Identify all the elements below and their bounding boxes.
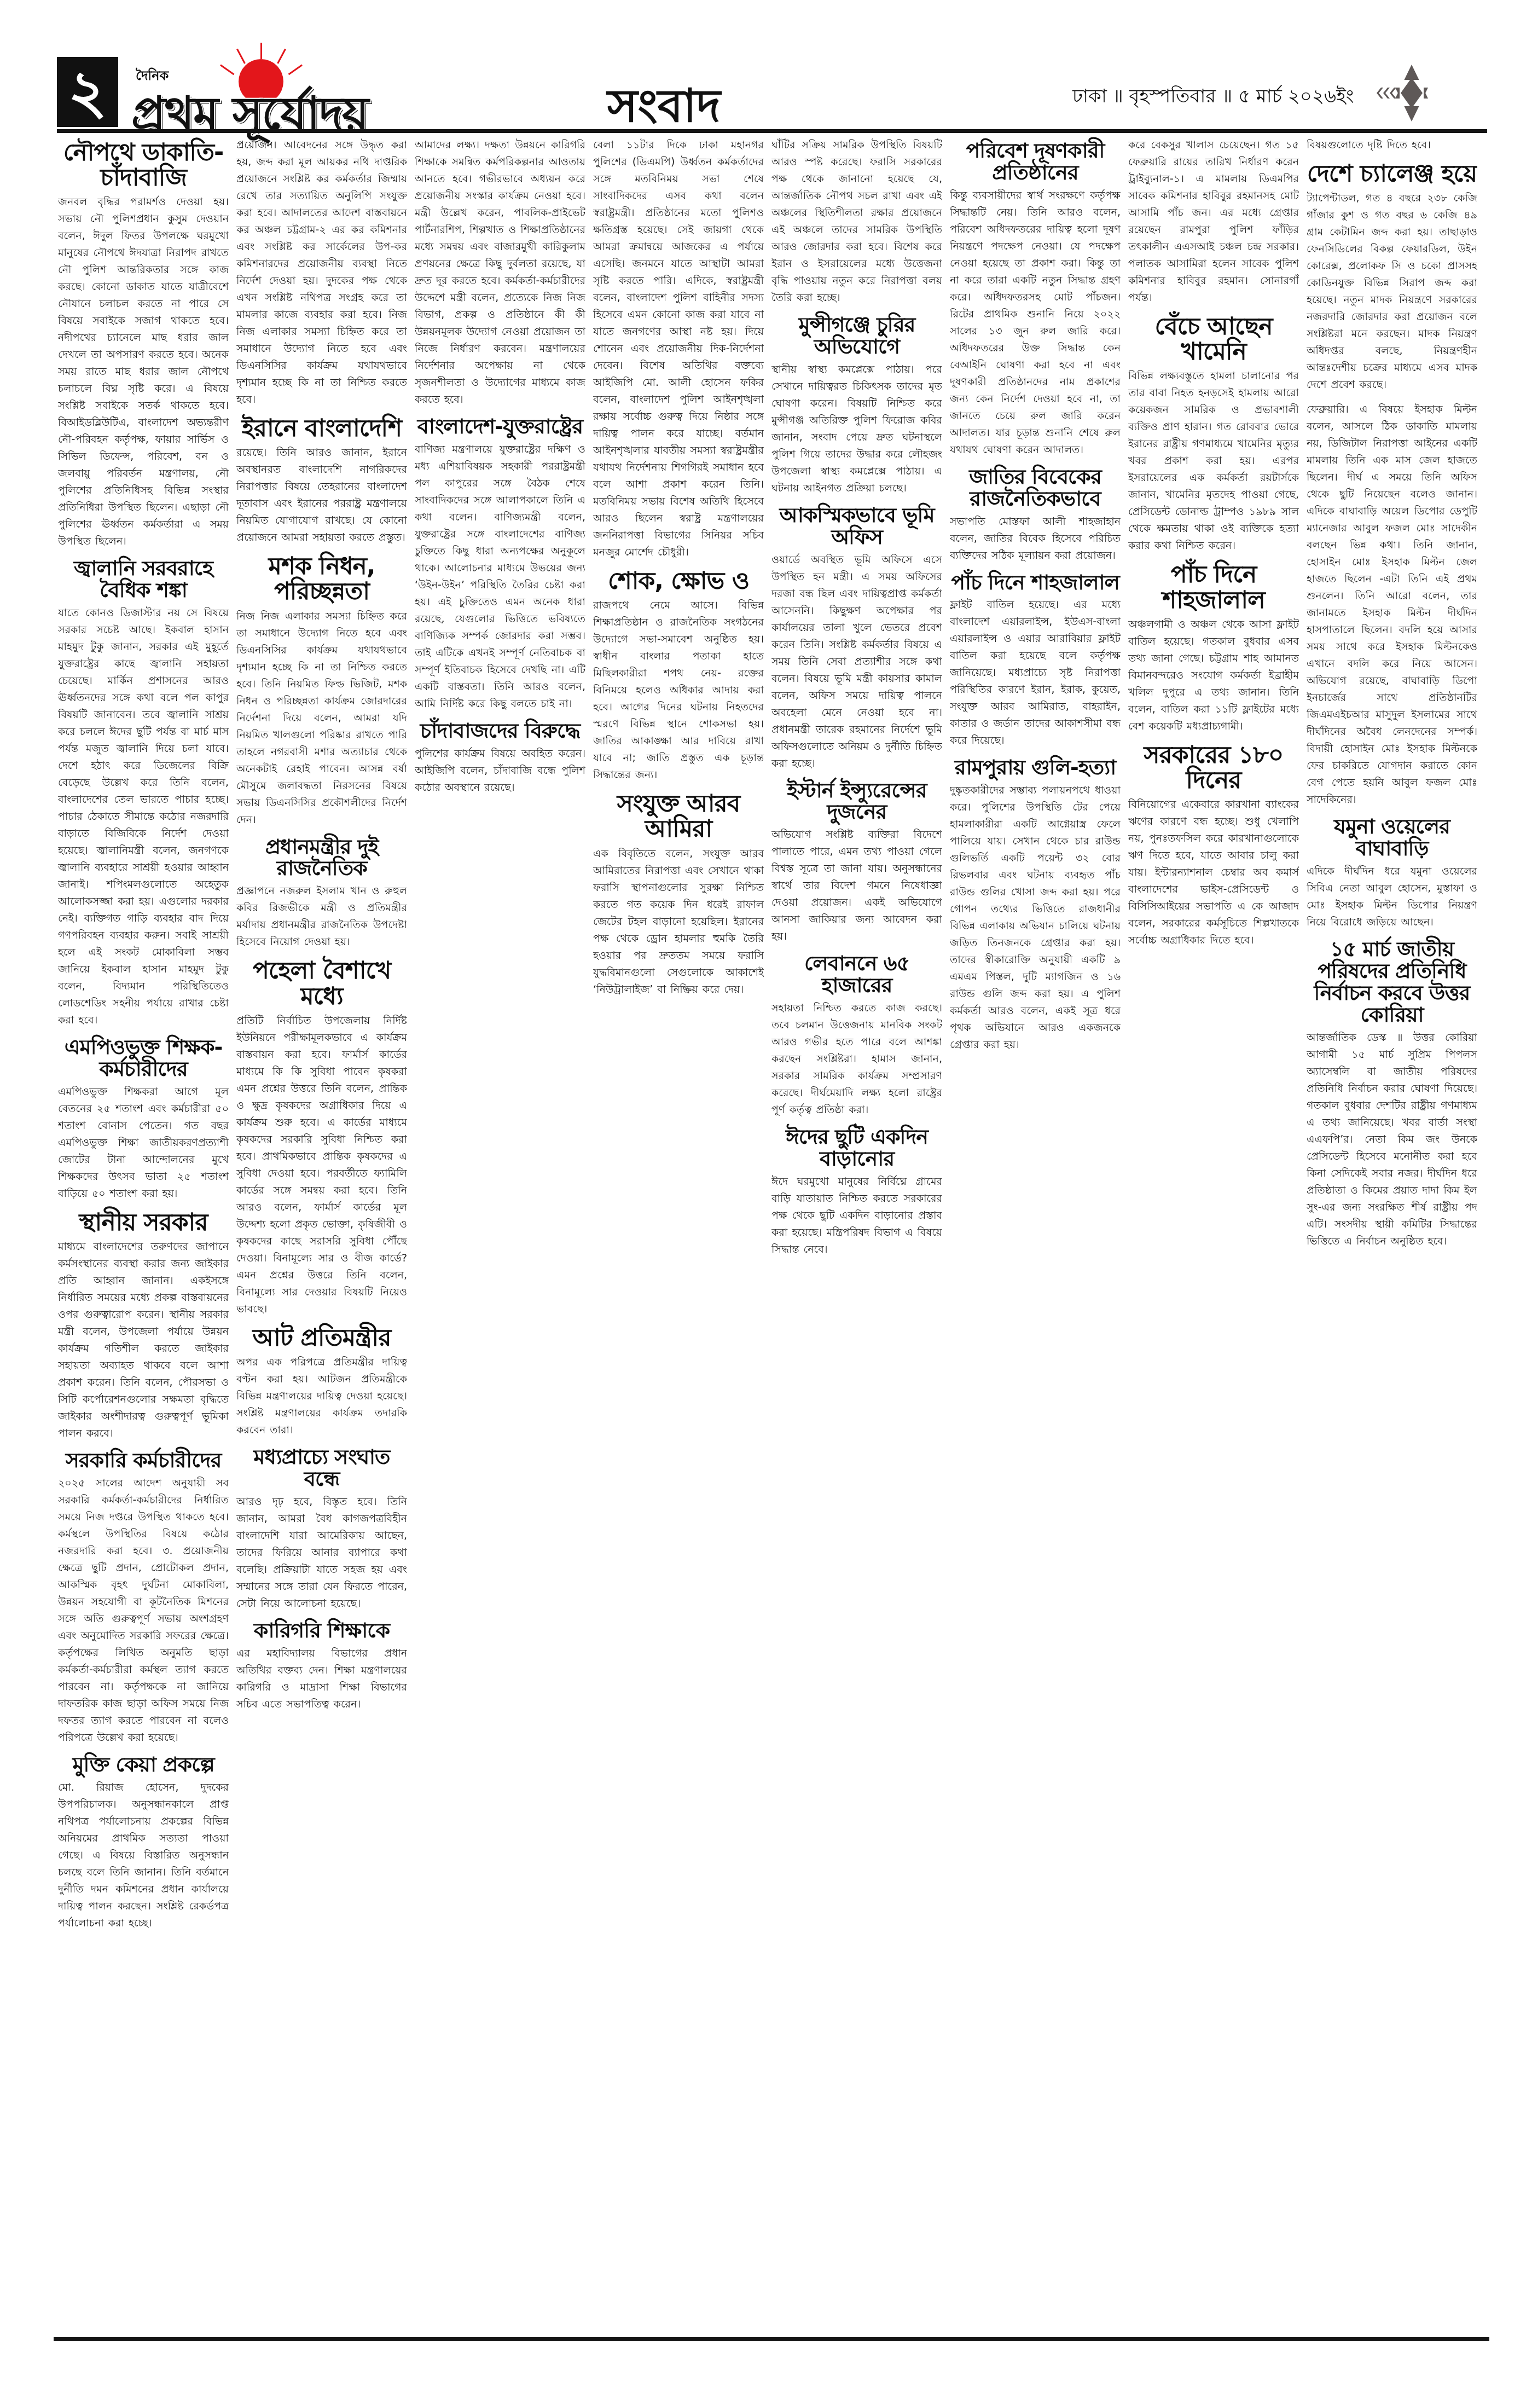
news-article: পাঁচ দিনে শাহজালালঅঞ্চলগামী ও অঞ্চল থেকে… [1128,562,1299,734]
article-headline: পরিবেশ দূষণকারী প্রতিষ্ঠানের [950,140,1121,184]
article-body: এমপিওভুক্ত শিক্ষকরা আগে মূল বেতনের ২৫ শত… [58,1084,229,1202]
article-headline: নৌপথে ডাকাতি-চাঁদাবাজি [58,140,229,190]
star-emblem-icon [1373,60,1434,126]
article-body: নিজ নিজ এলাকার সমস্যা চিহ্নিত করে তা সমা… [236,608,407,829]
article-headline: এমপিওভুক্ত শিক্ষক-কর্মচারীদের [58,1037,229,1080]
article-body: প্রজ্ঞাপনে নজরুল ইসলাম খান ও রুহুল কবির … [236,883,407,951]
news-article: পহেলা বৈশাখে মধ্যেপ্রতিটি নির্বাচিত উপজে… [236,958,407,1317]
news-article: যমুনা ওয়েলের বাঘাবাড়িএদিকে দীর্ঘদিন ধর… [1307,816,1477,931]
article-headline: মধ্যপ্রাচ্যে সংঘাত বন্ধে [236,1446,407,1490]
article-body: এর মহাবিদ্যালয় বিভাগের প্রধান অতিথির বক… [236,1645,407,1713]
news-article: মুন্সীগঞ্জে চুরির অভিযোগেস্থানীয় স্বাস্… [771,314,942,497]
article-body: বিভিন্ন লক্ষ্যবস্তুতে হামলা চালানোর পর ত… [1128,368,1299,554]
news-article: মুক্তি কেয়া প্রকল্পেমো. রিয়াজ হোসেন, দ… [58,1754,229,1932]
column-1: নৌপথে ডাকাতি-চাঁদাবাজিজনবল বৃদ্ধির পরামর… [58,137,229,2331]
news-article: নৌপথে ডাকাতি-চাঁদাবাজিজনবল বৃদ্ধির পরামর… [58,140,229,550]
article-body: আন্তর্জাতিক ডেস্ক ॥ উত্তর কোরিয়া আগামী … [1307,1029,1477,1250]
article-headline: স্থানীয় সরকার [58,1210,229,1235]
article-headline: যমুনা ওয়েলের বাঘাবাড়ি [1307,816,1477,860]
column-7: করে বেকসুর খালাস চেয়েছেন। গত ১৫ ফেব্রুয… [1128,137,1299,2331]
news-article: মশক নিধন, পরিচ্ছন্নতানিজ নিজ এলাকার সমস্… [236,554,407,828]
column-6: পরিবেশ দূষণকারী প্রতিষ্ঠানেরকিন্তু ব্যবস… [950,137,1121,2331]
article-body: সহায়তা নিশ্চিত করতে কাজ করছে। তবে চলমান… [771,1000,942,1119]
article-headline: মুন্সীগঞ্জে চুরির অভিযোগে [771,314,942,358]
news-article: দেশে চ্যালেঞ্জ হয়েট্যাপেন্টাডল, গত ৪ বছ… [1307,161,1477,393]
article-headline: মশক নিধন, পরিচ্ছন্নতা [236,554,407,604]
article-body: প্রতিটি নির্বাচিত উপজেলায় নির্দিষ্ট ইউন… [236,1012,407,1318]
sun-ray-icon [277,49,286,64]
news-article: পরিবেশ দূষণকারী প্রতিষ্ঠানেরকিন্তু ব্যবস… [950,140,1121,459]
news-article: জাতির বিবেকের রাজনৈতিকভাবেসভাপতি মোস্তফা… [950,466,1121,564]
news-article: সংযুক্ত আরব আমিরাএক বিবৃতিতে বলেন, সংযুক… [593,791,764,998]
article-body: এক বিবৃতিতে বলেন, সংযুক্ত আরব আমিরাতের ন… [593,846,764,998]
newspaper-logo: দৈনিক প্রথম সূর্যোদয় [131,55,416,131]
article-headline: সরকারের ১৮০ দিনের [1128,743,1299,793]
article-body: কিন্তু ব্যবসায়ীদের স্বার্থ সংরক্ষণে কর্… [950,187,1121,459]
news-article: সরকারি কর্মচারীদের২০২৫ সালের আদেশ অনুযায… [58,1450,229,1746]
news-article: আট প্রতিমন্ত্রীরঅপর এক পরিপত্রে প্রতিমন্… [236,1325,407,1439]
sun-ray-icon [288,65,303,76]
column-4: বেলা ১১টার দিকে ঢাকা মহানগর পুলিশের (ডিএ… [593,137,764,2331]
article-body: অঞ্চলগামী ও অঞ্চল থেকে আসা ফ্লাইট বাতিল … [1128,616,1299,735]
news-article: পাঁচ দিনে শাহজালালফ্লাইট বাতিল হয়েছে। এ… [950,572,1121,750]
sun-ray-icon [260,43,262,59]
column-8: বিষয়গুলোতে দৃষ্টি দিতে হবে।দেশে চ্যালেঞ… [1307,137,1477,2331]
sun-ray-icon [220,65,234,76]
article-headline: সরকারি কর্মচারীদের [58,1450,229,1472]
article-body: সভাপতি মোস্তফা আলী শাহজাহান বলেন, জাতির … [950,513,1121,564]
column-3: আমাদের লক্ষ্য। দক্ষতা উন্নয়নে কারিগরি শ… [415,137,585,2331]
news-article: ঈদের ছুটি একদিন বাড়ানোরঈদে ঘরমুখো মানুষ… [771,1126,942,1258]
article-headline: মুক্তি কেয়া প্রকল্পে [58,1754,229,1776]
article-body: ঘাঁটির সক্রিয় সামরিক উপস্থিতি বিষয়টি আ… [771,137,942,306]
article-headline: কারিগরি শিক্ষাকে [236,1620,407,1642]
article-headline: জাতির বিবেকের রাজনৈতিকভাবে [950,466,1121,510]
article-body: আমাদের লক্ষ্য। দক্ষতা উন্নয়নে কারিগরি শ… [415,137,585,408]
article-body: মো. রিয়াজ হোসেন, দুদকের উপপরিচালক। অনুস… [58,1779,229,1932]
article-headline: ইস্টার্ন ইন্স্যুরেন্সের দুজনের [771,780,942,824]
news-article: করে বেকসুর খালাস চেয়েছেন। গত ১৫ ফেব্রুয… [1128,137,1299,306]
article-body: আরও দৃঢ় হবে, বিস্তৃত হবে। তিনি জানান, আ… [236,1494,407,1612]
article-body: ওয়ার্ডে অবস্থিত ভূমি অফিসে এসে উপস্থিত … [771,552,942,772]
article-headline: ১৫ মার্চ জাতীয় পরিষদের প্রতিনিধি নির্বা… [1307,939,1477,1026]
news-article: ইরানে বাংলাদেশিরয়েছে। তিনি আরও জানান, ই… [236,416,407,546]
article-headline: শোক, ক্ষোভ ও [593,569,764,594]
page-number: ২ [57,57,118,127]
sun-ray-icon [236,49,246,64]
article-body: অপর এক পরিপত্রে প্রতিমন্ত্রীর দায়িত্ব ব… [236,1354,407,1439]
news-article: ১৫ মার্চ জাতীয় পরিষদের প্রতিনিধি নির্বা… [1307,939,1477,1250]
article-body: ঈদে ঘরমুখো মানুষের নির্বিঘ্নে গ্রামের বা… [771,1173,942,1258]
article-headline: দেশে চ্যালেঞ্জ হয়ে [1307,161,1477,187]
article-body: ট্যাপেন্টাডল, গত ৪ বছরে ২৩৮ কেজি গাঁজার … [1307,190,1477,393]
article-body: প্রয়োজন। আবেদনের সঙ্গে উদ্ধৃত করা হয়, … [236,137,407,408]
article-headline: পহেলা বৈশাখে মধ্যে [236,958,407,1009]
article-body: করে বেকসুর খালাস চেয়েছেন। গত ১৫ ফেব্রুয… [1128,137,1299,306]
column-2: প্রয়োজন। আবেদনের সঙ্গে উদ্ধৃত করা হয়, … [236,137,407,2331]
masthead: ২ দৈনিক প্রথম সূর্যোদয় সংবাদ ঢাকা ॥ বৃহ… [0,0,1532,131]
article-body: অভিযোগ সংশ্লিষ্ট ব্যক্তিরা বিদেশে পালাতে… [771,826,942,945]
news-article: জ্বালানি সরবরাহে বৈধিক শঙ্কাযাতে কোনও ডি… [58,558,229,1029]
news-article: কারিগরি শিক্ষাকেএর মহাবিদ্যালয় বিভাগের … [236,1620,407,1713]
news-article: স্থানীয় সরকারমাধ্যমে বাংলাদেশের তরুণদের… [58,1210,229,1442]
article-body: রাজপথে নেমে আসে। বিভিন্ন শিক্ষাপ্রতিষ্ঠা… [593,597,764,784]
article-body: ফেব্রুয়ারি। এ বিষয়ে ইসহাক মিল্টন বলেন,… [1307,401,1477,808]
article-body: এদিকে দীর্ঘদিন ধরে যমুনা ওয়েলের সিবিএ ন… [1307,863,1477,931]
article-headline: জ্বালানি সরবরাহে বৈধিক শঙ্কা [58,558,229,601]
article-headline: চাঁদাবাজদের বিরুদ্ধে [415,720,585,742]
masthead-rule [57,129,1487,133]
news-article: এমপিওভুক্ত শিক্ষক-কর্মচারীদেরএমপিওভুক্ত … [58,1037,229,1202]
news-article: শোক, ক্ষোভ ওরাজপথে নেমে আসে। বিভিন্ন শিক… [593,569,764,784]
column-5: ঘাঁটির সক্রিয় সামরিক উপস্থিতি বিষয়টি আ… [771,137,942,2331]
article-body: জনবল বৃদ্ধির পরামর্শও দেওয়া হয়। সভায় … [58,194,229,550]
news-article: রামপুরায় গুলি-হত্যাদুষ্কৃতকারীদের সম্ভা… [950,757,1121,1053]
article-body: বিষয়গুলোতে দৃষ্টি দিতে হবে। [1307,137,1477,154]
news-article: লেবাননে ৬৫ হাজারেরসহায়তা নিশ্চিত করতে ক… [771,953,942,1119]
article-headline: ঈদের ছুটি একদিন বাড়ানোর [771,1126,942,1170]
article-body: রয়েছে। তিনি আরও জানান, ইরানে অবস্থানরত … [236,444,407,546]
article-headline: ইরানে বাংলাদেশি [236,416,407,441]
article-headline: আট প্রতিমন্ত্রীর [236,1325,407,1351]
article-headline: প্রধানমন্ত্রীর দুই রাজনৈতিক [236,836,407,880]
news-article: ইস্টার্ন ইন্স্যুরেন্সের দুজনেরঅভিযোগ সংশ… [771,780,942,946]
section-title: সংবাদ [607,70,721,147]
footer-rule [54,2337,1489,2341]
news-article: ফেব্রুয়ারি। এ বিষয়ে ইসহাক মিল্টন বলেন,… [1307,401,1477,808]
article-body: স্থানীয় স্বাস্থ্য কমপ্লেক্সে পাঠায়। পর… [771,361,942,497]
article-headline: বাংলাদেশ-যুক্তরাষ্ট্রের [415,416,585,438]
article-body: ২০২৫ সালের আদেশ অনুযায়ী সব সরকারি কর্মক… [58,1475,229,1746]
article-body: বেলা ১১টার দিকে ঢাকা মহানগর পুলিশের (ডিএ… [593,137,764,561]
news-article: বেঁচে আছেন খামেনিবিভিন্ন লক্ষ্যবস্তুতে হ… [1128,314,1299,554]
news-article: বিষয়গুলোতে দৃষ্টি দিতে হবে। [1307,137,1477,154]
article-body: পুলিশের কার্যক্রম বিষয়ে অবহিত করেন। আইজ… [415,745,585,796]
article-body: মাধ্যমে বাংলাদেশের তরুণদের জাপানে কর্মসং… [58,1238,229,1442]
article-body: দুষ্কৃতকারীদের সম্ভাব্য পলায়নপথে ধাওয়া… [950,782,1121,1053]
article-headline: লেবাননে ৬৫ হাজারের [771,953,942,997]
article-body: বাণিজ্য মন্ত্রণালয়ে যুক্তরাষ্ট্রের দক্ষ… [415,441,585,713]
news-article: বাংলাদেশ-যুক্তরাষ্ট্রেরবাণিজ্য মন্ত্রণাল… [415,416,585,713]
article-headline: রামপুরায় গুলি-হত্যা [950,757,1121,779]
article-body: বিনিয়োগের একেবারে কারখানা ব্যাংকের ঋণের… [1128,796,1299,949]
dateline: ঢাকা ॥ বৃহস্পতিবার ॥ ৫ মার্চ ২০২৬ইং [1072,82,1354,113]
news-article: মধ্যপ্রাচ্যে সংঘাত বন্ধেআরও দৃঢ় হবে, বি… [236,1446,407,1612]
article-headline: সংযুক্ত আরব আমিরা [593,791,764,842]
article-headline: পাঁচ দিনে শাহজালাল [950,572,1121,594]
news-article: চাঁদাবাজদের বিরুদ্ধেপুলিশের কার্যক্রম বি… [415,720,585,796]
news-article: ঘাঁটির সক্রিয় সামরিক উপস্থিতি বিষয়টি আ… [771,137,942,306]
article-headline: বেঁচে আছেন খামেনি [1128,314,1299,364]
news-article: আমাদের লক্ষ্য। দক্ষতা উন্নয়নে কারিগরি শ… [415,137,585,408]
news-article: বেলা ১১টার দিকে ঢাকা মহানগর পুলিশের (ডিএ… [593,137,764,561]
article-headline: আকস্মিকভাবে ভূমি অফিস [771,505,942,548]
article-body: যাতে কোনও ডিজাস্টার নয় সে বিষয়ে সরকার … [58,605,229,1029]
news-article: প্রধানমন্ত্রীর দুই রাজনৈতিকপ্রজ্ঞাপনে নজ… [236,836,407,951]
news-article: প্রয়োজন। আবেদনের সঙ্গে উদ্ধৃত করা হয়, … [236,137,407,408]
article-body: ফ্লাইট বাতিল হয়েছে। এর মধ্যে বাংলাদেশ এ… [950,597,1121,749]
news-article: সরকারের ১৮০ দিনেরবিনিয়োগের একেবারে কারখ… [1128,743,1299,949]
article-headline: পাঁচ দিনে শাহজালাল [1128,562,1299,612]
news-article: আকস্মিকভাবে ভূমি অফিসওয়ার্ডে অবস্থিত ভূ… [771,505,942,772]
